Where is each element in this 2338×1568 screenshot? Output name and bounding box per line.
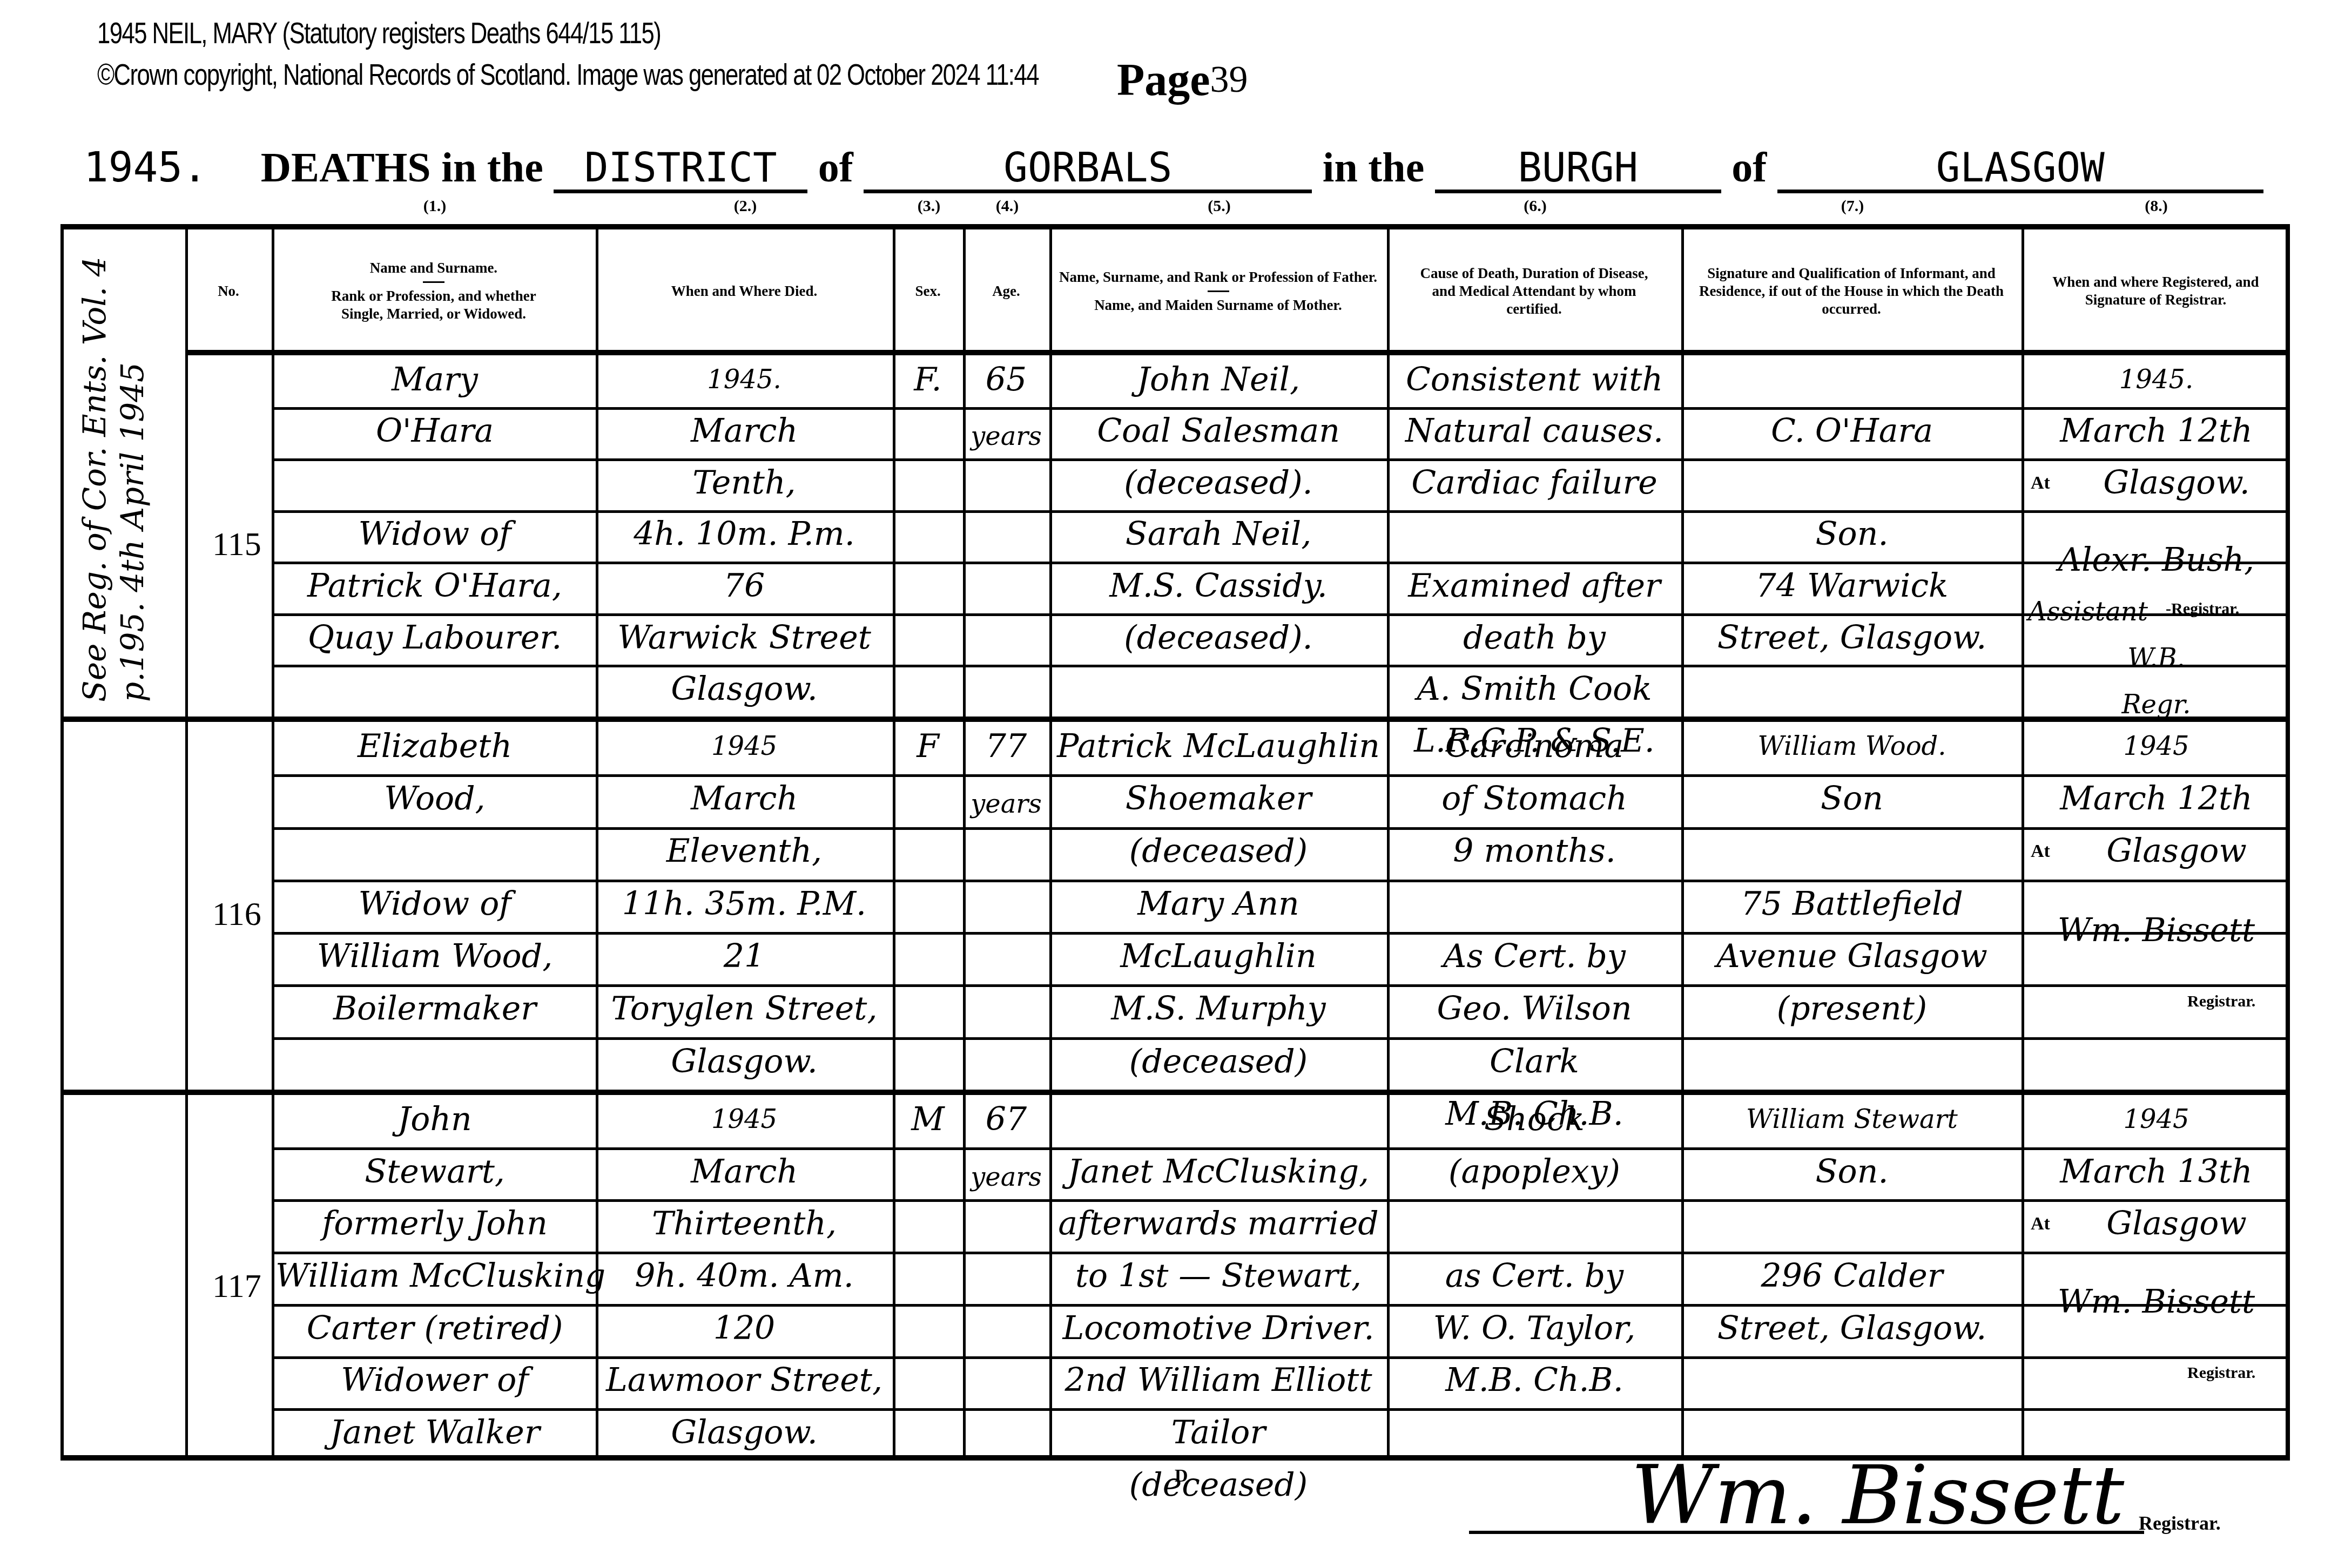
when-where-line: March: [598, 1150, 890, 1193]
entry-number: 115: [212, 525, 261, 564]
register-title: 1945. DEATHS in the DISTRICT of GORBALS …: [84, 143, 2263, 193]
registration-place: Glasgow.: [2069, 461, 2285, 504]
column-number-3: (3.): [894, 197, 964, 215]
registrar-signature-entry: Wm. Bissett: [2025, 909, 2287, 952]
informant-line: 296 Calder: [1685, 1254, 2019, 1297]
informant-line: 74 Warwick: [1685, 564, 2019, 607]
when-where-line: Glasgow.: [598, 1411, 890, 1454]
deceased-name-line: Widower of: [275, 1359, 594, 1402]
when-where-line: Thirteenth,: [598, 1202, 890, 1245]
deceased-name-line: O'Hara: [275, 409, 594, 452]
header-parents-sublabel: Name, and Maiden Surname of Mother.: [1094, 296, 1342, 314]
age-unit: years: [966, 782, 1047, 826]
header-no: No.: [185, 232, 272, 350]
header-name: Name and Surname. Rank or Profession, an…: [272, 232, 596, 350]
when-where-line: 9h. 40m. Am.: [598, 1254, 890, 1297]
parents-line: (deceased).: [1053, 616, 1384, 659]
registrar-initials: W.B.: [2025, 637, 2287, 680]
cause-line: (apoplexy): [1391, 1150, 1678, 1193]
cause-line: Examined after: [1391, 564, 1678, 607]
deceased-name-line: Widow of: [275, 882, 594, 925]
cause-line: As Cert. by: [1391, 935, 1678, 978]
deceased-name-line: William Wood,: [275, 935, 594, 978]
informant-line: Son: [1685, 777, 2019, 820]
parents-line: Mary Ann: [1053, 882, 1384, 925]
parents-line: afterwards married: [1053, 1202, 1384, 1245]
parents-line: Shoemaker: [1053, 777, 1384, 820]
header-informant: Signature and Qualification of Informant…: [1681, 232, 2022, 350]
informant-line: (present): [1685, 987, 2019, 1030]
deceased-name-line: Elizabeth: [275, 725, 594, 768]
cause-line: A. Smith Cook: [1391, 667, 1678, 711]
cause-line: 9 months.: [1391, 829, 1678, 873]
parents-line: M.S. Cassidy.: [1053, 564, 1384, 607]
informant-line: Son.: [1685, 1150, 2019, 1193]
registration-place: Glasgow: [2069, 1202, 2285, 1245]
header-parents: Name, Surname, and Rank or Profession of…: [1049, 232, 1387, 350]
parents-line: Sarah Neil,: [1053, 512, 1384, 556]
page-number-value: 39: [1210, 59, 1248, 100]
cause-line: Carcinoma: [1391, 725, 1678, 768]
sex-value: F: [895, 725, 960, 768]
informant-line: Avenue Glasgow: [1685, 935, 2019, 978]
registration-year: 1945.: [2025, 358, 2287, 401]
registration-date: March 12th: [2025, 409, 2287, 452]
informant-line: Street, Glasgow.: [1685, 616, 2019, 659]
page-mark: D: [1175, 1466, 1188, 1486]
header-parents-label: Name, Surname, and Rank or Profession of…: [1056, 268, 1380, 286]
title-deaths-in-the: DEATHS in the: [261, 144, 543, 191]
when-where-line: 120: [598, 1307, 890, 1350]
age-unit: years: [966, 415, 1047, 458]
entry-number: 117: [212, 1267, 261, 1306]
cause-line: Natural causes.: [1391, 409, 1678, 452]
margin-note-line: p.195. 4th April 1945: [113, 256, 151, 702]
burgh-type: BURGH: [1435, 146, 1721, 193]
parents-line: John Neil,: [1053, 358, 1384, 401]
registrar-label: Registrar.: [2139, 1512, 2221, 1535]
title-in-the: in the: [1323, 144, 1425, 191]
deceased-name-line: Carter (retired): [275, 1307, 594, 1350]
registrar-label: -Registrar.: [2166, 600, 2239, 618]
when-where-line: March: [598, 777, 890, 820]
header-registered: When and where Registered, and Signature…: [2022, 232, 2290, 350]
when-where-line: Toryglen Street,: [598, 987, 890, 1030]
when-where-line: Lawmoor Street,: [598, 1359, 890, 1402]
parents-line: Locomotive Driver.: [1053, 1307, 1384, 1350]
entry-divider: [60, 717, 2290, 722]
record-title: 1945 NEIL, MARY (Statutory registers Dea…: [97, 15, 661, 50]
registration-at-label: At: [2031, 473, 2050, 494]
when-where-line: 1945.: [598, 358, 890, 401]
parents-line: McLaughlin: [1053, 935, 1384, 978]
registration-date: March 13th: [2025, 1150, 2287, 1193]
registrar-label: Registrar.: [2187, 992, 2255, 1011]
margin-note: See Reg. of Cor. Ents. Vol. 4 p.195. 4th…: [76, 256, 151, 702]
ruled-line: [272, 665, 2290, 667]
deceased-name-line: Wood,: [275, 777, 594, 820]
parents-line: M.S. Murphy: [1053, 987, 1384, 1030]
header-sex: Sex.: [893, 232, 963, 350]
cause-line: Cardiac failure: [1391, 461, 1678, 504]
cause-line: as Cert. by: [1391, 1254, 1678, 1297]
informant-line: William Stewart: [1685, 1098, 2019, 1141]
informant-line: 75 Battlefield: [1685, 882, 2019, 925]
copyright-notice: ©Crown copyright, National Records of Sc…: [97, 57, 1039, 92]
age-unit: years: [966, 1155, 1047, 1199]
title-of-1: of: [818, 144, 853, 191]
header-informant-label: Signature and Qualification of Informant…: [1684, 265, 2019, 318]
title-of-2: of: [1731, 144, 1767, 191]
when-where-line: Tenth,: [598, 461, 890, 504]
informant-line: C. O'Hara: [1685, 409, 2019, 452]
parents-line: Coal Salesman: [1053, 409, 1384, 452]
parents-line: 2nd William Elliott: [1053, 1359, 1384, 1402]
when-where-line: 21: [598, 935, 890, 978]
cause-line: Geo. Wilson: [1391, 987, 1678, 1030]
header-divider: [185, 350, 2290, 355]
deceased-name-line: formerly John: [275, 1202, 594, 1245]
column-number-1: (1.): [273, 197, 597, 215]
header-when-where-label: When and Where Died.: [671, 282, 818, 300]
district-type: DISTRICT: [554, 146, 807, 193]
sex-value: M: [895, 1098, 960, 1141]
page-number: Page39: [1117, 54, 1248, 106]
header-sex-label: Sex.: [915, 282, 940, 300]
when-where-line: 4h. 10m. P.m.: [598, 512, 890, 556]
column-number-8: (8.): [2023, 197, 2290, 215]
informant-line: Street, Glasgow.: [1685, 1307, 2019, 1350]
cause-line: of Stomach: [1391, 777, 1678, 820]
registration-date: March 12th: [2025, 777, 2287, 820]
informant-line: Son.: [1685, 512, 2019, 556]
header-when-where: When and Where Died.: [596, 232, 893, 350]
column-divider: [185, 224, 188, 1461]
registrar-abbrev: Regr.: [2025, 683, 2287, 726]
column-number-2: (2.): [597, 197, 894, 215]
parents-line: Tailor: [1053, 1411, 1384, 1454]
age-value: 77: [966, 725, 1047, 768]
cause-line: Clark: [1391, 1040, 1678, 1083]
when-where-line: 76: [598, 564, 890, 607]
when-where-line: Warwick Street: [598, 616, 890, 659]
cause-line: W. O. Taylor,: [1391, 1307, 1678, 1350]
when-where-line: Glasgow.: [598, 1040, 890, 1083]
column-number-5: (5.): [1050, 197, 1388, 215]
parents-line: Patrick McLaughlin: [1053, 725, 1384, 768]
registration-at-label: At: [2031, 841, 2050, 862]
column-number-6: (6.): [1388, 197, 1682, 215]
sex-value: F.: [895, 358, 960, 401]
when-where-line: 1945: [598, 1098, 890, 1141]
header-registered-label: When and where Registered, and Signature…: [2037, 273, 2275, 309]
parents-line: (deceased).: [1053, 461, 1384, 504]
deceased-name-line: Janet Walker: [275, 1411, 594, 1454]
registrar-signature-entry: Alexr. Bush,: [2025, 538, 2287, 582]
age-value: 65: [966, 358, 1047, 401]
column-number-7: (7.): [1682, 197, 2023, 215]
register-year: 1945.: [84, 143, 207, 191]
header-cause: Cause of Death, Duration of Disease, and…: [1387, 232, 1681, 350]
page-label: Page: [1117, 55, 1210, 105]
parents-line: (deceased): [1053, 1463, 1384, 1506]
cause-line: M.B. Ch.B.: [1391, 1359, 1678, 1402]
header-no-label: No.: [218, 282, 239, 300]
deceased-name-line: Boilermaker: [275, 987, 594, 1030]
when-where-line: March: [598, 409, 890, 452]
registrar-title: Assistant: [2028, 590, 2163, 633]
deceased-name-line: Quay Labourer.: [275, 616, 594, 659]
parents-line: to 1st — Stewart,: [1053, 1254, 1384, 1297]
header-name-sublabel: Rank or Profession, and whether Single, …: [315, 287, 553, 323]
entry-divider: [60, 1090, 2290, 1095]
parents-line: (deceased): [1053, 1040, 1384, 1083]
informant-line: William Wood.: [1685, 725, 2019, 768]
margin-note-line: See Reg. of Cor. Ents. Vol. 4: [76, 256, 113, 702]
parents-line: Janet McClusking,: [1053, 1150, 1384, 1193]
column-number-4: (4.): [964, 197, 1050, 215]
header-age: Age.: [963, 232, 1049, 350]
when-where-line: Eleventh,: [598, 829, 890, 873]
deceased-name-line: William McClusking: [275, 1254, 594, 1297]
when-where-line: 11h. 35m. P.M.: [598, 882, 890, 925]
header-name-label: Name and Surname.: [370, 259, 497, 277]
registration-place: Glasgow: [2069, 829, 2285, 873]
deceased-name-line: John: [275, 1098, 594, 1141]
header-age-label: Age.: [992, 282, 1020, 300]
parents-line: (deceased): [1053, 829, 1384, 873]
deceased-name-line: Widow of: [275, 512, 594, 556]
registrar-signature: Wm. Bissett: [1631, 1452, 2124, 1539]
cause-line: Shock: [1391, 1098, 1678, 1141]
when-where-line: Glasgow.: [598, 667, 890, 711]
deceased-name-line: Stewart,: [275, 1150, 594, 1193]
when-where-line: 1945: [598, 725, 890, 768]
entry-number: 116: [212, 895, 261, 934]
registrar-signature-entry: Wm. Bissett: [2025, 1280, 2287, 1323]
deceased-name-line: Patrick O'Hara,: [275, 564, 594, 607]
registration-at-label: At: [2031, 1214, 2050, 1234]
deceased-name-line: Mary: [275, 358, 594, 401]
age-value: 67: [966, 1098, 1047, 1141]
header-cause-label: Cause of Death, Duration of Disease, and…: [1418, 265, 1650, 318]
district-name: GORBALS: [864, 146, 1312, 193]
burgh-name: GLASGOW: [1777, 146, 2263, 193]
registrar-label: Registrar.: [2187, 1364, 2255, 1382]
registration-year: 1945: [2025, 725, 2287, 768]
cause-line: Consistent with: [1391, 358, 1678, 401]
registration-year: 1945: [2025, 1098, 2287, 1141]
cause-line: death by: [1391, 616, 1678, 659]
